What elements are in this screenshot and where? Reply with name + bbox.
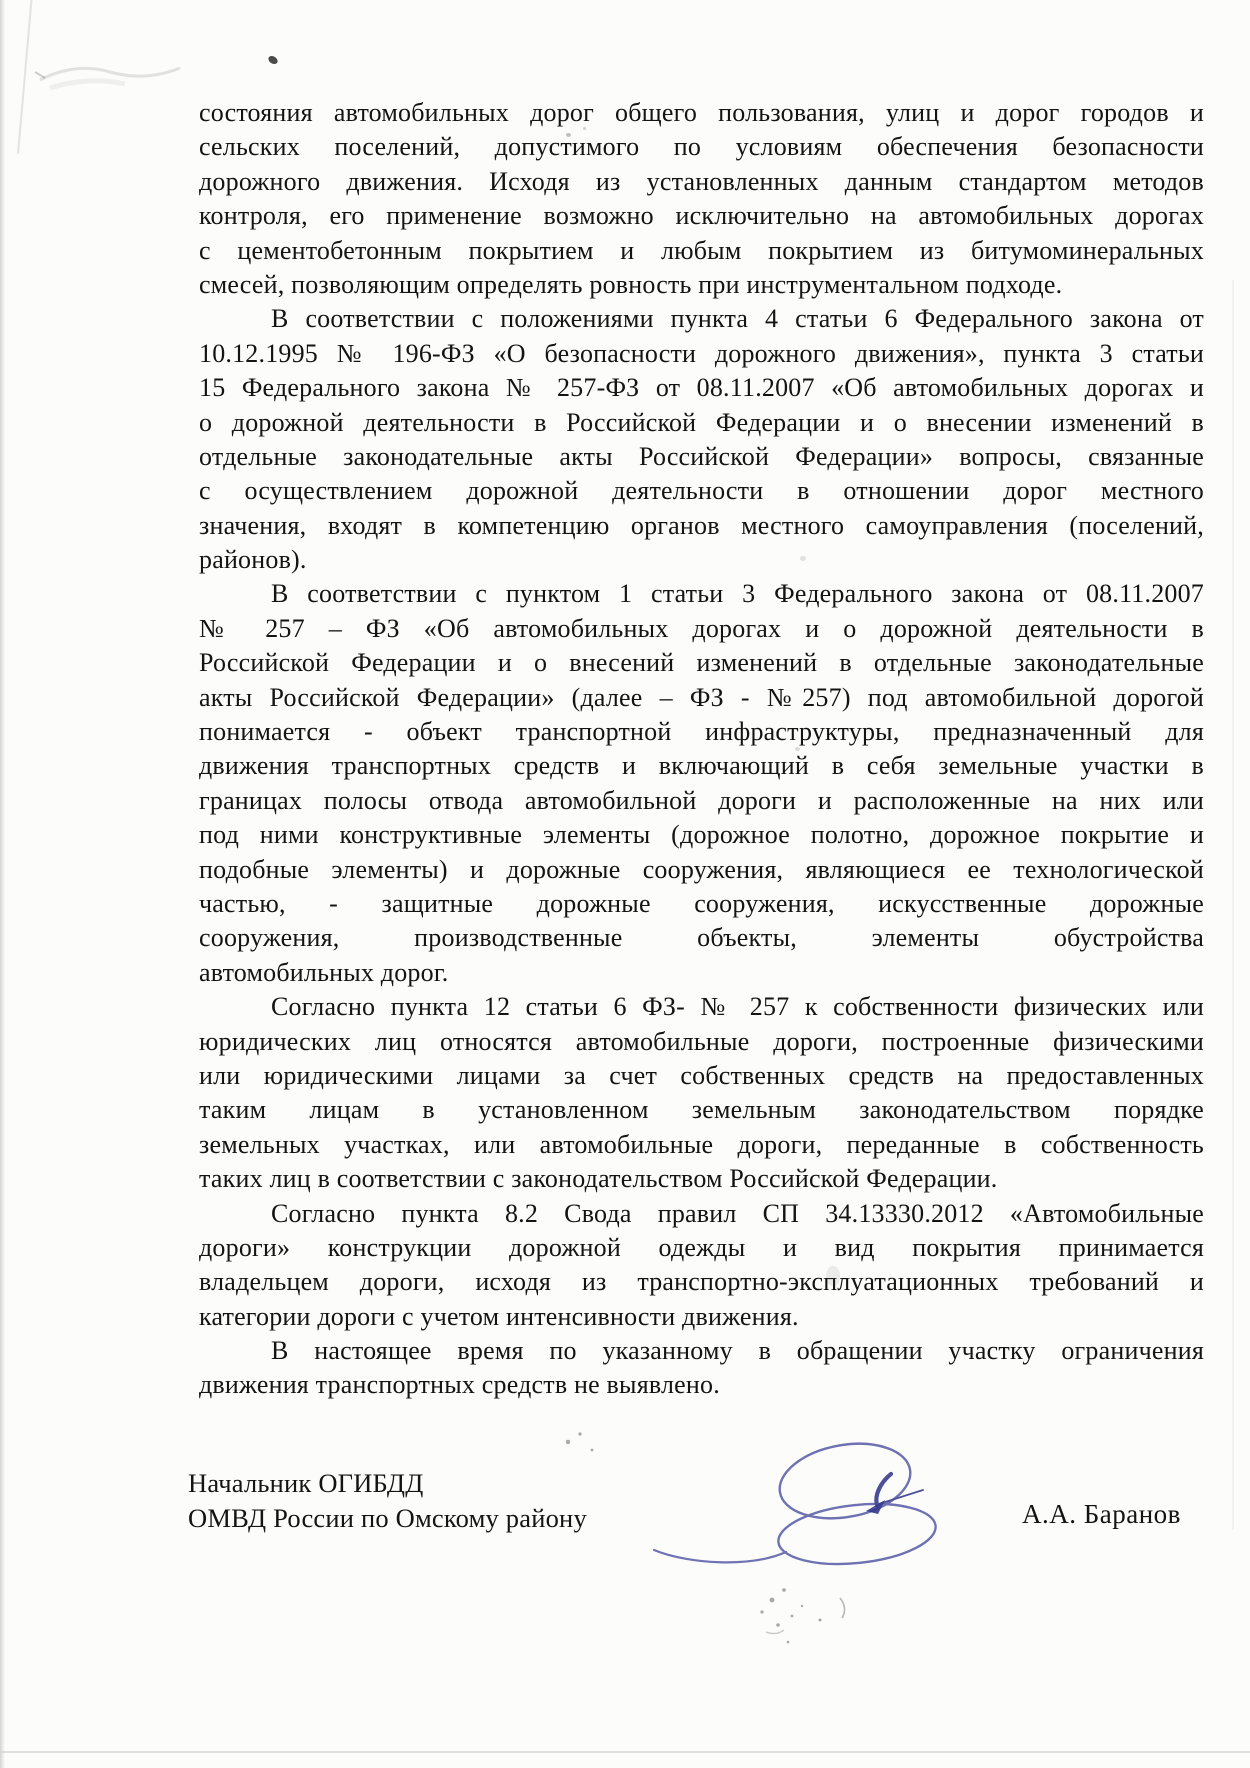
text-line: категории дороги с учетом интенсивности … [199, 1300, 1204, 1334]
text-line: акты Российской Федерации» (далее – ФЗ -… [199, 681, 1204, 715]
text-line: таким лицам в установленном земельным за… [199, 1093, 1204, 1127]
text-line: частью, - защитные дорожные сооружения, … [199, 887, 1204, 921]
text-line: движения транспортных средств не выявлен… [199, 1368, 1204, 1402]
text-line: о дорожной деятельности в Российской Фед… [199, 406, 1204, 440]
scan-artifact-left-shadow [0, 0, 5, 1768]
text-line: сельских поселений, допустимого по услов… [199, 130, 1204, 164]
text-line: владельцем дороги, исходя из транспортно… [199, 1265, 1204, 1299]
text-line: В настоящее время по указанному в обраще… [199, 1334, 1204, 1368]
text-line: земельных участках, или автомобильные до… [199, 1128, 1204, 1162]
text-line: с осуществлением дорожной деятельности в… [199, 474, 1204, 508]
scan-artifact-bottom-line [0, 1751, 1250, 1753]
text-line: районов). [199, 543, 1204, 577]
text-line: с цементобетонным покрытием и любым покр… [199, 234, 1204, 268]
text-line: 10.12.1995 № 196-ФЗ «О безопасности доро… [199, 337, 1204, 371]
text-line: В соответствии с пунктом 1 статьи 3 Феде… [199, 577, 1204, 611]
text-line: дорожного движения. Исходя из установлен… [199, 165, 1204, 199]
text-line: движения транспортных средств и включающ… [199, 749, 1204, 783]
text-line: В соответствии с положениями пункта 4 ст… [199, 302, 1204, 336]
text-line: смесей, позволяющим определять ровность … [199, 268, 1204, 302]
text-line: или юридическими лицами за счет собствен… [199, 1059, 1204, 1093]
scan-artifact-left-line [17, 0, 33, 154]
text-line: значения, входят в компетенцию органов м… [199, 509, 1204, 543]
text-line: дороги» конструкции дорожной одежды и ви… [199, 1231, 1204, 1265]
signer-name: А.А. Баранов [1022, 1499, 1181, 1530]
text-line: под ними конструктивные элементы (дорожн… [199, 818, 1204, 852]
handwritten-signature [600, 1430, 1020, 1610]
scanned-document-page: состояния автомобильных дорог общего пол… [0, 0, 1250, 1768]
text-line: таких лиц в соответствии с законодательс… [199, 1162, 1204, 1196]
signature-block: Начальник ОГИБДД ОМВД России по Омскому … [188, 1466, 587, 1536]
text-line: состояния автомобильных дорог общего пол… [199, 96, 1204, 130]
signer-position-line1: Начальник ОГИБДД [188, 1466, 587, 1501]
text-line: автомобильных дорог. [199, 956, 1204, 990]
scan-artifact-right-line [1232, 280, 1234, 1530]
text-line: контроля, его применение возможно исключ… [199, 199, 1204, 233]
text-line: № 257 – ФЗ «Об автомобильных дорогах и о… [199, 612, 1204, 646]
signer-position-line2: ОМВД России по Омскому району [188, 1501, 587, 1536]
text-line: Согласно пункта 8.2 Свода правил СП 34.1… [199, 1197, 1204, 1231]
text-line: понимается - объект транспортной инфраст… [199, 715, 1204, 749]
document-body: состояния автомобильных дорог общего пол… [199, 96, 1204, 1403]
text-line: Российской Федерации и о внесений измене… [199, 646, 1204, 680]
text-line: 15 Федерального закона № 257-ФЗ от 08.11… [199, 371, 1204, 405]
text-line: границах полосы отвода автомобильной дор… [199, 784, 1204, 818]
text-line: отдельные законодательные акты Российско… [199, 440, 1204, 474]
text-line: Согласно пункта 12 статьи 6 ФЗ- № 257 к … [199, 990, 1204, 1024]
text-line: сооружения, производственные объекты, эл… [199, 921, 1204, 955]
text-line: подобные элементы) и дорожные сооружения… [199, 853, 1204, 887]
text-line: юридических лиц относятся автомобильные … [199, 1025, 1204, 1059]
